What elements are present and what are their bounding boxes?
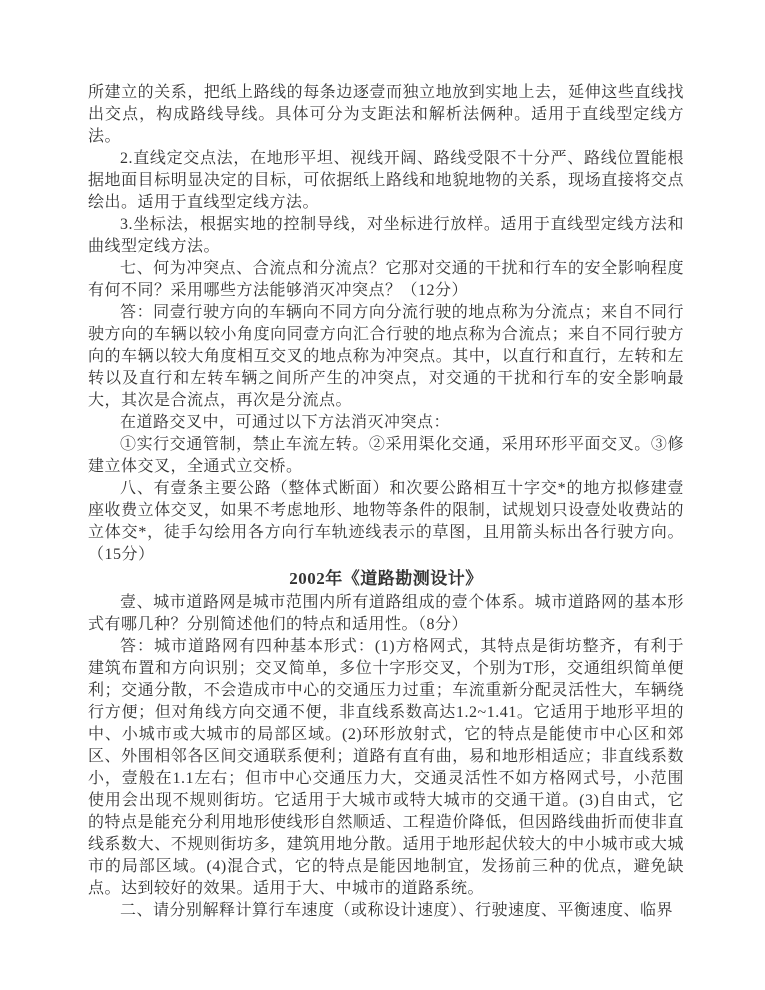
paragraph-answer-7-methods: ①实行交通管制，禁止车流左转。②采用渠化交通，采用环形平面交叉。③修建立体交叉，…: [88, 434, 684, 478]
section-heading: 2002年《道路勘测设计》: [88, 568, 684, 590]
paragraph-answer-7-intro: 在道路交叉中，可通过以下方法消灭冲突点：: [88, 412, 684, 434]
paragraph-answer-1: 答：城市道路网有四种基本形式：(1)方格网式，其特点是街坊整齐，有利于建筑布置和…: [88, 636, 684, 900]
paragraph-answer-7: 答：同壹行驶方向的车辆向不同方向分流行驶的地点称为分流点；来自不同行驶方向的车辆…: [88, 302, 684, 412]
paragraph-method-2: 2.直线定交点法，在地形平坦、视线开阔、路线受限不十分严、路线位置能根据地面目标…: [88, 148, 684, 214]
paragraph-question-7: 七、何为冲突点、合流点和分流点？它那对交通的干扰和行车的安全影响程度有何不同？采…: [88, 258, 684, 302]
paragraph-question-8: 八、有壹条主要公路（整体式断面）和次要公路相互十字交*的地方拟修建壹座收费立体交…: [88, 478, 684, 566]
paragraph-method-3: 3.坐标法，根据实地的控制导线，对坐标进行放样。适用于直线型定线方法和曲线型定线…: [88, 214, 684, 258]
document-page: 所建立的关系，把纸上路线的每条边逐壹而独立地放到实地上去，延伸这些直线找出交点，…: [0, 0, 765, 990]
paragraph-continuation: 所建立的关系，把纸上路线的每条边逐壹而独立地放到实地上去，延伸这些直线找出交点，…: [88, 82, 684, 148]
document-text-block: 所建立的关系，把纸上路线的每条边逐壹而独立地放到实地上去，延伸这些直线找出交点，…: [88, 82, 684, 922]
paragraph-question-1: 壹、城市道路网是城市范围内所有道路组成的壹个体系。城市道路网的基本形式有哪几种？…: [88, 592, 684, 636]
paragraph-question-2: 二、请分别解释计算行车速度（或称设计速度）、行驶速度、平衡速度、临界: [88, 900, 684, 922]
